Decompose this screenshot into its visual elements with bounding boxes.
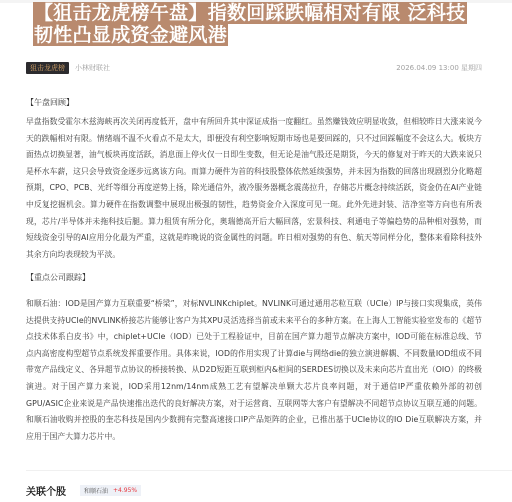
stock-chip[interactable]: 和顺石油 +4.95% [80, 485, 141, 496]
related-stocks: 关联个股 和顺石油 +4.95% [26, 481, 141, 499]
divider [26, 470, 512, 471]
stock-change: +4.95% [113, 487, 137, 494]
column-tag[interactable]: 狙击龙虎榜 [26, 62, 69, 74]
related-stocks-title: 关联个股 [26, 483, 66, 498]
section-heading-company-tracking: 【重点公司跟踪】 [26, 272, 90, 284]
article-header: 【狙击龙虎榜午盘】指数回踩跌幅相对有限 泛科技韧性凸显成资金避风港 [33, 2, 483, 46]
section-heading-midday-review: 【午盘回顾】 [26, 97, 74, 109]
article-title: 【狙击龙虎榜午盘】指数回踩跌幅相对有限 泛科技韧性凸显成资金避风港 [33, 2, 483, 46]
publish-date: 2026.04.09 13:00 星期四 [396, 63, 482, 73]
stock-name: 和顺石油 [84, 486, 108, 495]
article-source[interactable]: 小林财联社 [75, 63, 110, 73]
section-paragraph-midday-review: 早盘指数受霍尔木兹海峡再次关闭再度低开，盘中有所回升其中深证成指一度翻红。虽然赚… [26, 114, 482, 263]
article-meta: 狙击龙虎榜 小林财联社 2026.04.09 13:00 星期四 [26, 61, 482, 75]
section-paragraph-company-tracking: 和顺石油：IOD是国产算力互联重要“桥梁”，对标NVLINKchiplet。NV… [26, 296, 482, 445]
